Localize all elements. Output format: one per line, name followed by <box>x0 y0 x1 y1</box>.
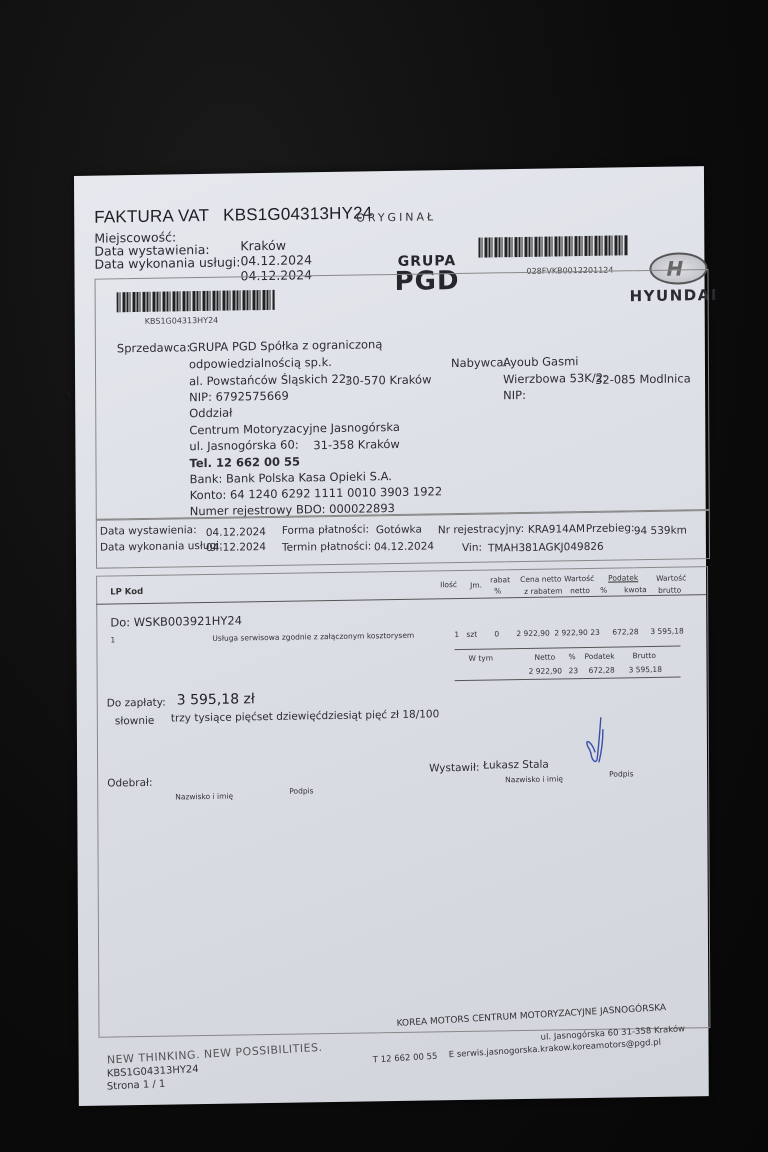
summary-net-header: Netto <box>534 653 555 662</box>
summary-label: W tym <box>468 653 493 662</box>
row-tax-amount: 672,28 <box>612 627 638 636</box>
header-net-price-2: z rabatem <box>524 586 562 596</box>
footer-page-number: Strona 1 / 1 <box>107 1079 166 1093</box>
row-tax-pct: 23 <box>590 628 600 637</box>
summary-gross-header: Brutto <box>632 651 655 660</box>
row-net-price: 2 922,90 <box>516 629 549 639</box>
branch-label: Oddział <box>189 406 232 421</box>
mileage-label: Przebieg: <box>586 522 635 535</box>
due-value: 3 595,18 zł <box>177 691 255 708</box>
vin-value: TMAH381AGKJ049826 <box>488 541 604 555</box>
header-tax: Podatek <box>608 573 638 582</box>
items-rows: 1Usługa serwisowa zgodnie z załączonym k… <box>74 166 704 176</box>
summary-pct: 23 <box>569 666 579 675</box>
due-label: Do zapłaty: <box>107 697 166 710</box>
row-discount: 0 <box>494 629 499 638</box>
header-discount: rabat <box>490 575 510 584</box>
issued-sign-caption: Podpis <box>609 769 633 778</box>
order-reference: Do: WSKB003921HY24 <box>110 613 242 629</box>
row-net-value: 2 922,90 <box>554 628 587 638</box>
barcode-top <box>478 235 628 257</box>
barcode-left-text: KBS1G04313HY24 <box>145 316 219 326</box>
summary-gross: 3 595,18 <box>629 665 662 675</box>
header-unit: Jm. <box>470 581 482 590</box>
invoice-title: FAKTURA VATKBS1G04313HY24 <box>94 203 372 227</box>
header-lp-kod: LP Kod <box>110 587 143 598</box>
seller-postal: 30-570 Kraków <box>345 372 431 387</box>
original-stamp: ORYGINAŁ <box>356 210 436 224</box>
issued-name: Łukasz Stala <box>483 759 549 772</box>
payment-term-label: Termin płatności: <box>282 540 371 553</box>
row-unit: szt <box>466 630 477 639</box>
issued-label: Wystawił: <box>429 762 480 775</box>
details-box <box>96 509 710 569</box>
seller-nip: NIP: 6792575669 <box>189 389 289 405</box>
header-qty: Ilość <box>440 580 457 589</box>
service-date-label: Data wykonania usługi: <box>94 255 240 270</box>
payment-form-value: Gotówka <box>376 524 422 537</box>
mileage-value: 94 539km <box>634 524 687 537</box>
signature-icon <box>583 716 613 766</box>
details-issue-date-label: Data wystawienia: <box>100 524 197 538</box>
words-label: słownie <box>115 715 155 728</box>
document-type: FAKTURA VAT <box>94 206 209 227</box>
summary-net: 2 922,90 <box>529 666 562 676</box>
header-tax-amount: kwota <box>624 585 647 594</box>
issue-date-value: 04.12.2024 <box>240 253 312 267</box>
summary-pct-header: % <box>568 652 575 661</box>
buyer-postal: 32-085 Modlnica <box>595 371 691 387</box>
row-qty: 1 <box>454 630 459 639</box>
seller-address: al. Powstańców Śląskich 22: <box>189 372 350 389</box>
buyer-name: Ayoub Gasmi <box>503 354 579 369</box>
row-lp: 1 <box>110 635 115 644</box>
payment-form-label: Forma płatności: <box>282 523 369 536</box>
footer-phone: T 12 662 00 55 <box>373 1052 438 1066</box>
details-issue-date-value: 04.12.2024 <box>206 526 266 539</box>
header-discount-pct: % <box>494 586 501 595</box>
issued-name-caption: Nazwisko i imię <box>505 774 563 784</box>
registration-value: KRA914AM <box>528 523 585 536</box>
place-value: Kraków <box>240 239 286 253</box>
details-service-date-value: 04.12.2024 <box>206 541 266 554</box>
invoice-document: FAKTURA VATKBS1G04313HY24 ORYGINAŁ Miejs… <box>74 166 709 1106</box>
branch-postal: 31-358 Kraków <box>313 437 399 452</box>
buyer-address: Wierzbowa 53K/2: <box>503 371 607 387</box>
buyer-nip-label: NIP: <box>503 388 526 402</box>
summary-tax-header: Podatek <box>584 652 614 661</box>
header-net-price: Cena netto <box>520 574 561 584</box>
registration-label: Nr rejestracyjny: <box>438 523 524 536</box>
header-net-value: Wartość <box>564 574 594 583</box>
seller-phone: Tel. 12 662 00 55 <box>189 454 300 470</box>
received-sign-caption: Podpis <box>289 786 313 795</box>
received-label: Odebrał: <box>107 777 152 790</box>
row-gross: 3 595,18 <box>650 626 683 636</box>
header-gross: Wartość <box>656 573 686 582</box>
details-service-date-label: Data wykonania usługi: <box>100 540 223 554</box>
payment-term-value: 04.12.2024 <box>374 540 434 553</box>
seller-label: Sprzedawca: <box>117 340 191 355</box>
seller-name-line2: odpowiedzialnością sp.k. <box>189 355 332 371</box>
vin-label: Vin: <box>462 542 482 554</box>
footer-invoice-number: KBS1G04313HY24 <box>107 1064 199 1080</box>
summary-tax: 672,28 <box>589 666 615 675</box>
invoice-number: KBS1G04313HY24 <box>223 203 372 224</box>
header-net-value-2: netto <box>570 586 590 595</box>
footer-slogan: NEW THINKING. NEW POSSIBILITIES. <box>107 1041 323 1067</box>
buyer-label: Nabywca: <box>451 355 507 370</box>
branch-address: ul. Jasnogórska 60: <box>189 438 298 454</box>
header-gross-2: brutto <box>658 586 681 595</box>
received-name-caption: Nazwisko i imię <box>175 792 233 802</box>
barcode-left <box>117 290 275 312</box>
header-tax-pct: % <box>600 586 607 595</box>
